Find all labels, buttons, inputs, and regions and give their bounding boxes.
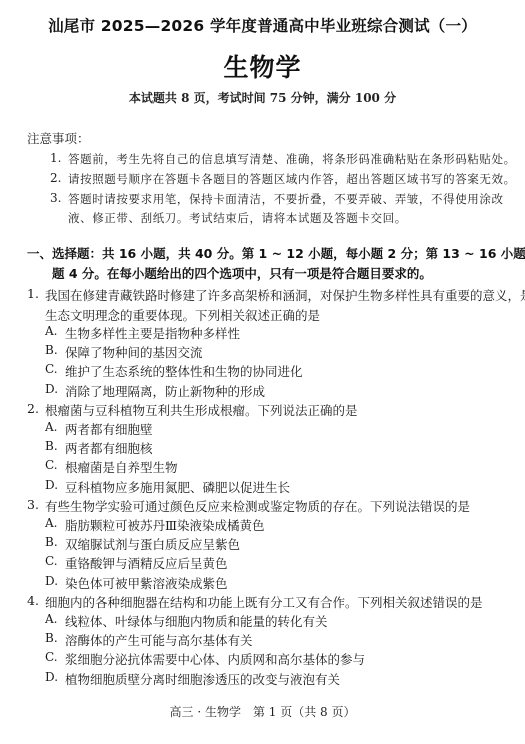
option-letter: A. [45, 516, 57, 530]
option-d: 豆科植物应多施用氮肥、磷肥以促进生长 [65, 478, 290, 496]
option-a: 两者都有细胞壁 [65, 420, 153, 438]
option-a: 线粒体、叶绿体与细胞内物质和能量的转化有关 [65, 612, 328, 630]
option-c: 浆细胞分泌抗体需要中心体、内质网和高尔基体的参与 [65, 650, 365, 668]
notice-item-1-number: 1. [50, 151, 61, 165]
exam-info: 本试题共 8 页，考试时间 75 分钟，满分 100 分 [0, 89, 525, 106]
option-letter: D. [45, 382, 58, 396]
option-letter: B. [45, 439, 58, 453]
question-number: 1. [27, 286, 39, 301]
exam-title: 汕尾市 2025—2026 学年度普通高中毕业班综合测试（一） [0, 14, 525, 36]
option-letter: C. [45, 458, 58, 472]
notice-item-1-text: 答题前，考生先将自己的信息填写清楚、准确，将条形码准确粘贴在条形码粘贴处。 [68, 151, 516, 167]
option-d: 染色体可被甲紫溶液染成紫色 [65, 574, 228, 592]
question-number: 3. [27, 497, 39, 512]
option-letter: C. [45, 650, 58, 664]
option-letter: D. [45, 670, 58, 684]
question-number: 4. [27, 593, 39, 608]
question-stem: 有些生物学实验可通过颜色反应来检测或鉴定物质的存在。下列说法错误的是 [45, 497, 470, 515]
option-letter: B. [45, 343, 58, 357]
option-a: 脂肪颗粒可被苏丹Ⅲ染液染成橘黄色 [65, 516, 265, 534]
option-letter: B. [45, 631, 58, 645]
notice-item-3-number: 3. [50, 191, 61, 205]
notice-item-3-text-cont: 液、修正带、刮纸刀。考试结束后，请将本试题及答题卡交回。 [68, 210, 407, 226]
notice-item-3-text: 答题时请按要求用笔，保持卡面清洁，不要折叠，不要弄破、弄皱，不得使用涂改 [68, 191, 504, 207]
option-letter: B. [45, 535, 58, 549]
page-footer: 高三 · 生物学 第 1 页（共 8 页） [0, 703, 525, 720]
question-stem: 细胞内的各种细胞器在结构和功能上既有分工又有合作。下列相关叙述错误的是 [45, 593, 483, 611]
option-letter: A. [45, 612, 57, 626]
option-letter: C. [45, 554, 58, 568]
option-b: 两者都有细胞核 [65, 439, 153, 457]
section-heading-cont: 题 4 分。在每小题给出的四个选项中，只有一项是符合题目要求的。 [52, 264, 432, 282]
option-b: 溶酶体的产生可能与高尔基体有关 [65, 631, 253, 649]
question-stem-cont: 生态文明理念的重要体现。下列相关叙述正确的是 [45, 306, 320, 324]
notice-heading: 注意事项： [27, 129, 90, 147]
option-d: 消除了地理隔离，防止新物种的形成 [65, 382, 265, 400]
option-b: 保障了物种间的基因交流 [65, 343, 203, 361]
option-b: 双缩脲试剂与蛋白质反应呈紫色 [65, 535, 240, 553]
option-letter: A. [45, 420, 57, 434]
notice-item-2-number: 2. [50, 171, 61, 185]
option-c: 维护了生态系统的整体性和生物的协同进化 [65, 362, 303, 380]
question-number: 2. [27, 401, 39, 416]
option-letter: C. [45, 362, 58, 376]
option-c: 根瘤菌是自养型生物 [65, 458, 178, 476]
option-letter: D. [45, 574, 58, 588]
option-d: 植物细胞质壁分离时细胞渗透压的改变与液泡有关 [65, 670, 340, 688]
subject-title: 生物学 [0, 48, 525, 84]
notice-item-2-text: 请按照题号顺序在答题卡各题目的答题区域内作答，超出答题区域书写的答案无效。 [68, 171, 516, 187]
option-a: 生物多样性主要是指物种多样性 [65, 324, 240, 342]
section-heading: 一、选择题：共 16 小题，共 40 分。第 1 ~ 12 小题，每小题 2 分… [27, 244, 525, 262]
question-stem: 根瘤菌与豆科植物互利共生形成根瘤。下列说法正确的是 [45, 401, 358, 419]
option-c: 重铬酸钾与酒精反应后呈黄色 [65, 554, 228, 572]
option-letter: D. [45, 478, 58, 492]
option-letter: A. [45, 324, 57, 338]
question-stem: 我国在修建青藏铁路时修建了许多高架桥和涵洞，对保护生物多样性具有重要的意义，是 [45, 286, 525, 304]
